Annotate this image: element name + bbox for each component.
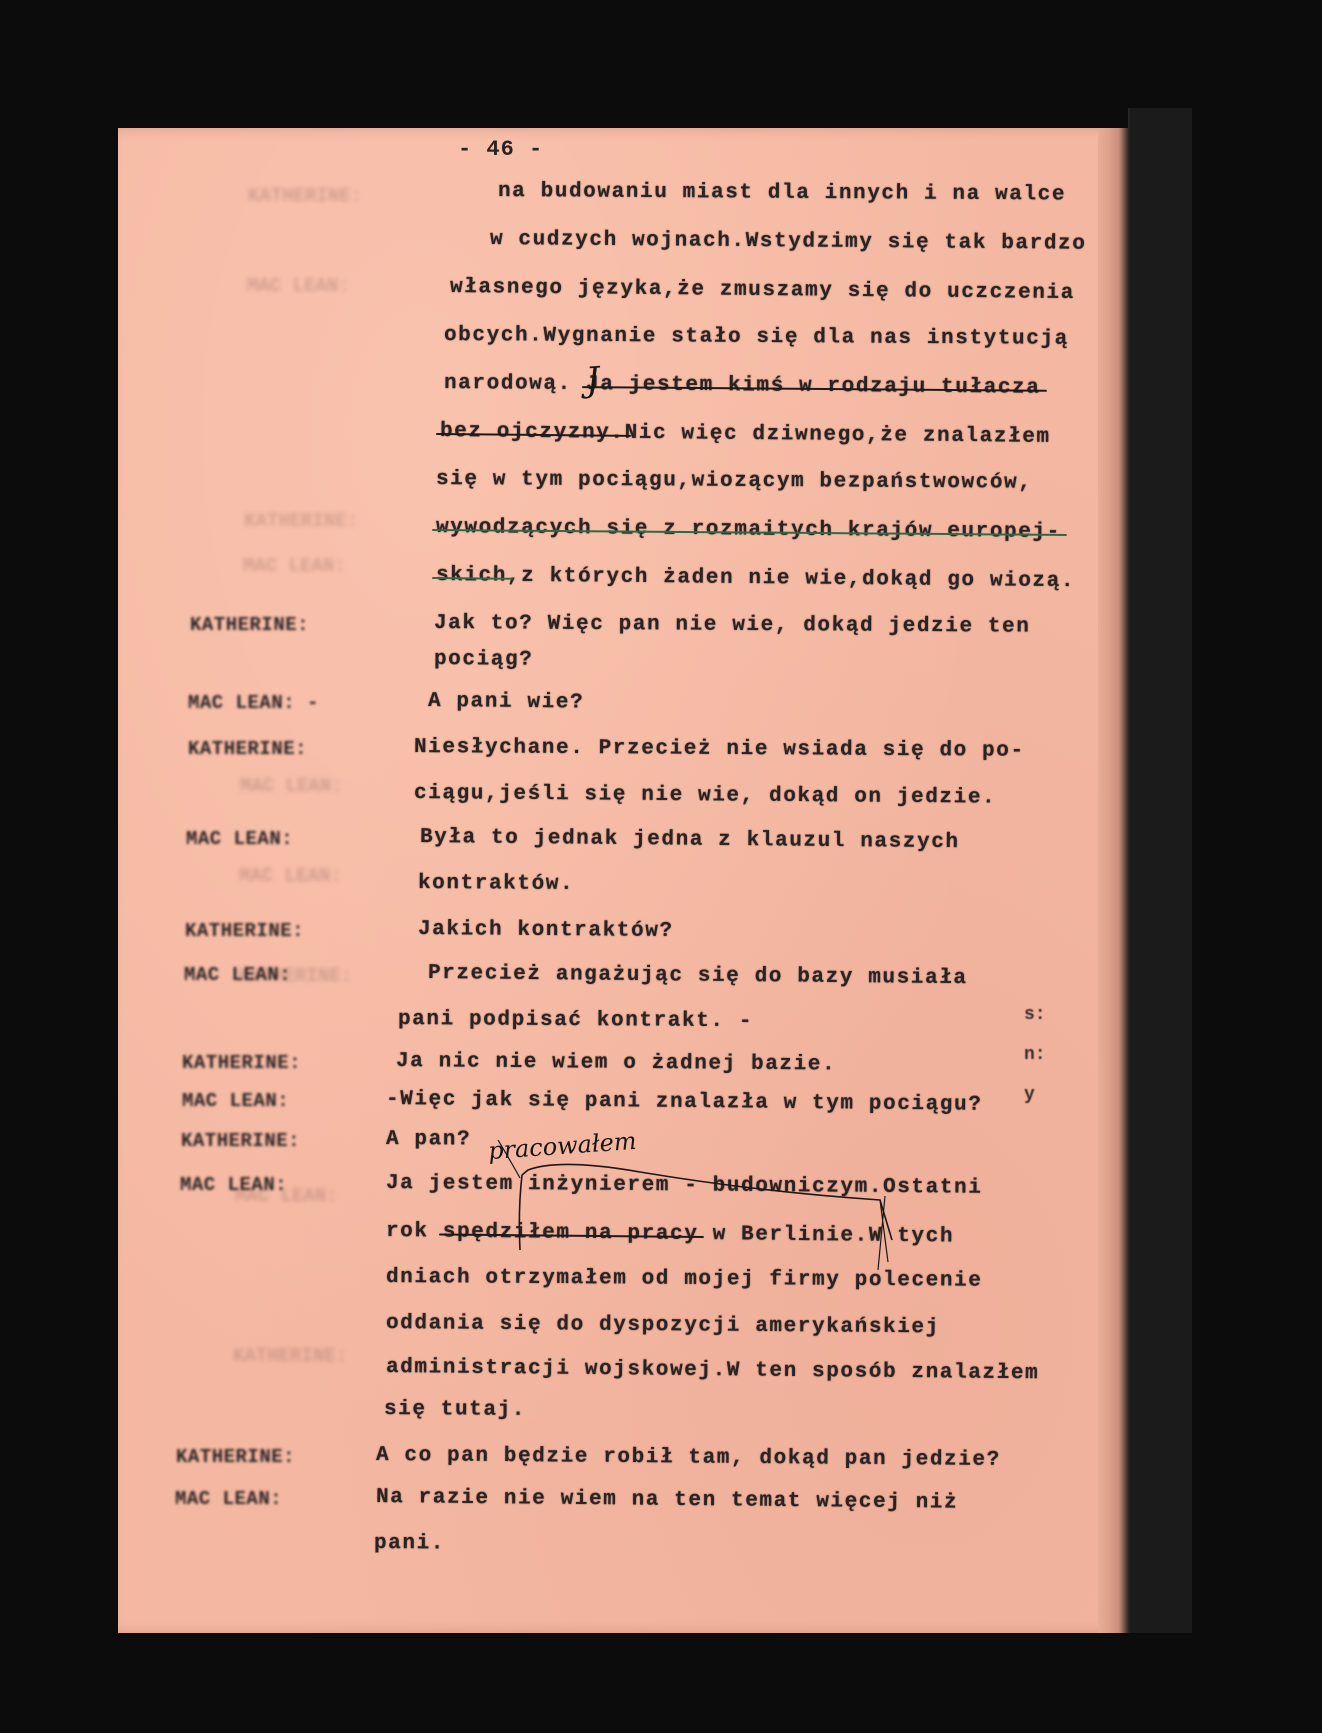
- line-text: w Berlinie.W tych: [698, 1223, 954, 1248]
- line-text: obcych.Wygnanie stało się dla nas instyt…: [444, 324, 1069, 351]
- struck-text: Ja jestem kimś w rodzaju tułacza: [586, 373, 1041, 400]
- ghost-speaker-label: MAC LEAN:: [240, 775, 343, 797]
- dialogue-line: kontraktów.: [418, 872, 574, 896]
- dialogue-line: ciągu,jeśli się nie wie, dokąd on jedzie…: [414, 782, 996, 810]
- dialogue-line: w cudzych wojnach.Wstydzimy się tak bard…: [490, 228, 1087, 256]
- dialogue-line: Jak to? Więc pan nie wie, dokąd jedzie t…: [434, 612, 1031, 639]
- struck-text: skich: [436, 564, 507, 588]
- ghost-speaker-label: KATHERINE:: [248, 185, 362, 207]
- line-text: na budowaniu miast dla innych i na walce: [498, 180, 1066, 206]
- line-text: Ja nic nie wiem o żadnej bazie.: [396, 1050, 836, 1076]
- line-text: się w tym pociągu,wiozącym bezpaństwowcó…: [436, 468, 1033, 495]
- line-text: kontraktów.: [418, 872, 574, 896]
- strikethrough-line: [582, 386, 1046, 392]
- dialogue-line: się w tym pociągu,wiozącym bezpaństwowcó…: [436, 468, 1033, 495]
- dialogue-line: na budowaniu miast dla innych i na walce: [498, 180, 1066, 206]
- dialogue-line: wywodzących się z rozmaitych krajów euro…: [436, 516, 1061, 544]
- line-text: oddania się do dyspozycji amerykańskiej: [386, 1312, 940, 1339]
- struck-text: bez ojczyzny.: [440, 420, 625, 445]
- speaker-label: MAC LEAN:: [180, 1174, 287, 1196]
- margin-mark: s:: [1024, 1005, 1046, 1025]
- dialogue-line: A pan?: [386, 1128, 471, 1152]
- dialogue-line: dniach otrzymałem od mojej firmy polecen…: [386, 1266, 983, 1293]
- strikethrough-line: [436, 433, 631, 437]
- dialogue-line: A pani wie?: [428, 690, 584, 714]
- dialogue-line: obcych.Wygnanie stało się dla nas instyt…: [444, 324, 1069, 351]
- line-text: pani podpisać kontrakt. -: [398, 1008, 753, 1033]
- dialogue-line: pociąg?: [434, 648, 534, 672]
- handwritten-insertion-j: J: [585, 360, 601, 401]
- stacked-page-edges: [1098, 128, 1128, 1633]
- dialogue-line: Ja nic nie wiem o żadnej bazie.: [396, 1050, 836, 1076]
- ghost-speaker-label: KATHERINE:: [233, 1345, 347, 1367]
- line-text: A pani wie?: [428, 690, 584, 714]
- strikethrough-line: [439, 1233, 705, 1238]
- ghost-speaker-label: MAC LEAN:: [239, 865, 342, 887]
- line-text: dniach otrzymałem od mojej firmy polecen…: [386, 1266, 983, 1293]
- dialogue-line: Ja jestem inżynierem - budowniczym.Ostat…: [386, 1172, 983, 1200]
- strikethrough-line: [432, 577, 513, 580]
- struck-text: wywodzących się z rozmaitych krajów euro…: [436, 516, 1061, 544]
- speaker-label: KATHERINE:: [185, 920, 304, 942]
- dialogue-line: Niesłychane. Przecież nie wsiada się do …: [414, 736, 1025, 763]
- line-text: A co pan będzie robił tam, dokąd pan jed…: [376, 1444, 1001, 1472]
- line-text: pociąg?: [434, 648, 534, 672]
- binder-backing: [1128, 108, 1192, 1633]
- line-text: się tutaj.: [384, 1398, 526, 1422]
- line-text: pani.: [374, 1532, 445, 1555]
- struck-text: spędziłem na pracy: [443, 1221, 699, 1246]
- line-text: A pan?: [386, 1128, 471, 1152]
- dialogue-line: pani.: [374, 1532, 445, 1555]
- ghost-speaker-label: MAC LEAN:: [243, 555, 346, 577]
- line-text: w cudzych wojnach.Wstydzimy się tak bard…: [490, 228, 1087, 256]
- page-number: - 46 -: [458, 137, 543, 162]
- ghost-speaker-label: KATHERINE:: [244, 510, 358, 532]
- margin-mark: n:: [1024, 1045, 1046, 1065]
- dialogue-line: A co pan będzie robił tam, dokąd pan jed…: [376, 1444, 1001, 1472]
- speaker-label: KATHERINE:: [181, 1130, 300, 1152]
- line-text: ciągu,jeśli się nie wie, dokąd on jedzie…: [414, 782, 996, 810]
- dialogue-line: pani podpisać kontrakt. -: [398, 1008, 753, 1033]
- speaker-label: KATHERINE:: [188, 738, 307, 760]
- speaker-label: MAC LEAN:: [182, 1090, 289, 1112]
- line-text: narodową.: [444, 372, 586, 396]
- speaker-label: KATHERINE:: [182, 1052, 301, 1074]
- line-text: Nic więc dziwnego,że znalazłem: [625, 422, 1051, 449]
- speaker-label: MAC LEAN:: [184, 964, 291, 986]
- strikethrough-line: [432, 529, 1067, 536]
- line-text: Niesłychane. Przecież nie wsiada się do …: [414, 736, 1025, 763]
- line-text: rok: [386, 1220, 443, 1244]
- speaker-label: KATHERINE:: [190, 614, 309, 636]
- line-text: Ja jestem inżynierem - budowniczym.Ostat…: [386, 1172, 983, 1200]
- line-text: Jak to? Więc pan nie wie, dokąd jedzie t…: [434, 612, 1031, 639]
- speaker-label: KATHERINE:: [176, 1446, 295, 1468]
- dialogue-line: oddania się do dyspozycji amerykańskiej: [386, 1312, 940, 1339]
- dialogue-line: narodową. Ja jestem kimś w rodzaju tułac…: [444, 372, 1041, 400]
- margin-mark: y: [1024, 1085, 1035, 1105]
- ghost-speaker-label: MAC LEAN:: [247, 275, 350, 297]
- speaker-label: MAC LEAN: -: [188, 692, 319, 714]
- line-text: Jakich kontraktów?: [418, 918, 674, 943]
- dialogue-line: się tutaj.: [384, 1398, 526, 1422]
- speaker-label: MAC LEAN:: [186, 828, 293, 850]
- speaker-label: MAC LEAN:: [175, 1488, 282, 1510]
- dialogue-line: Jakich kontraktów?: [418, 918, 674, 943]
